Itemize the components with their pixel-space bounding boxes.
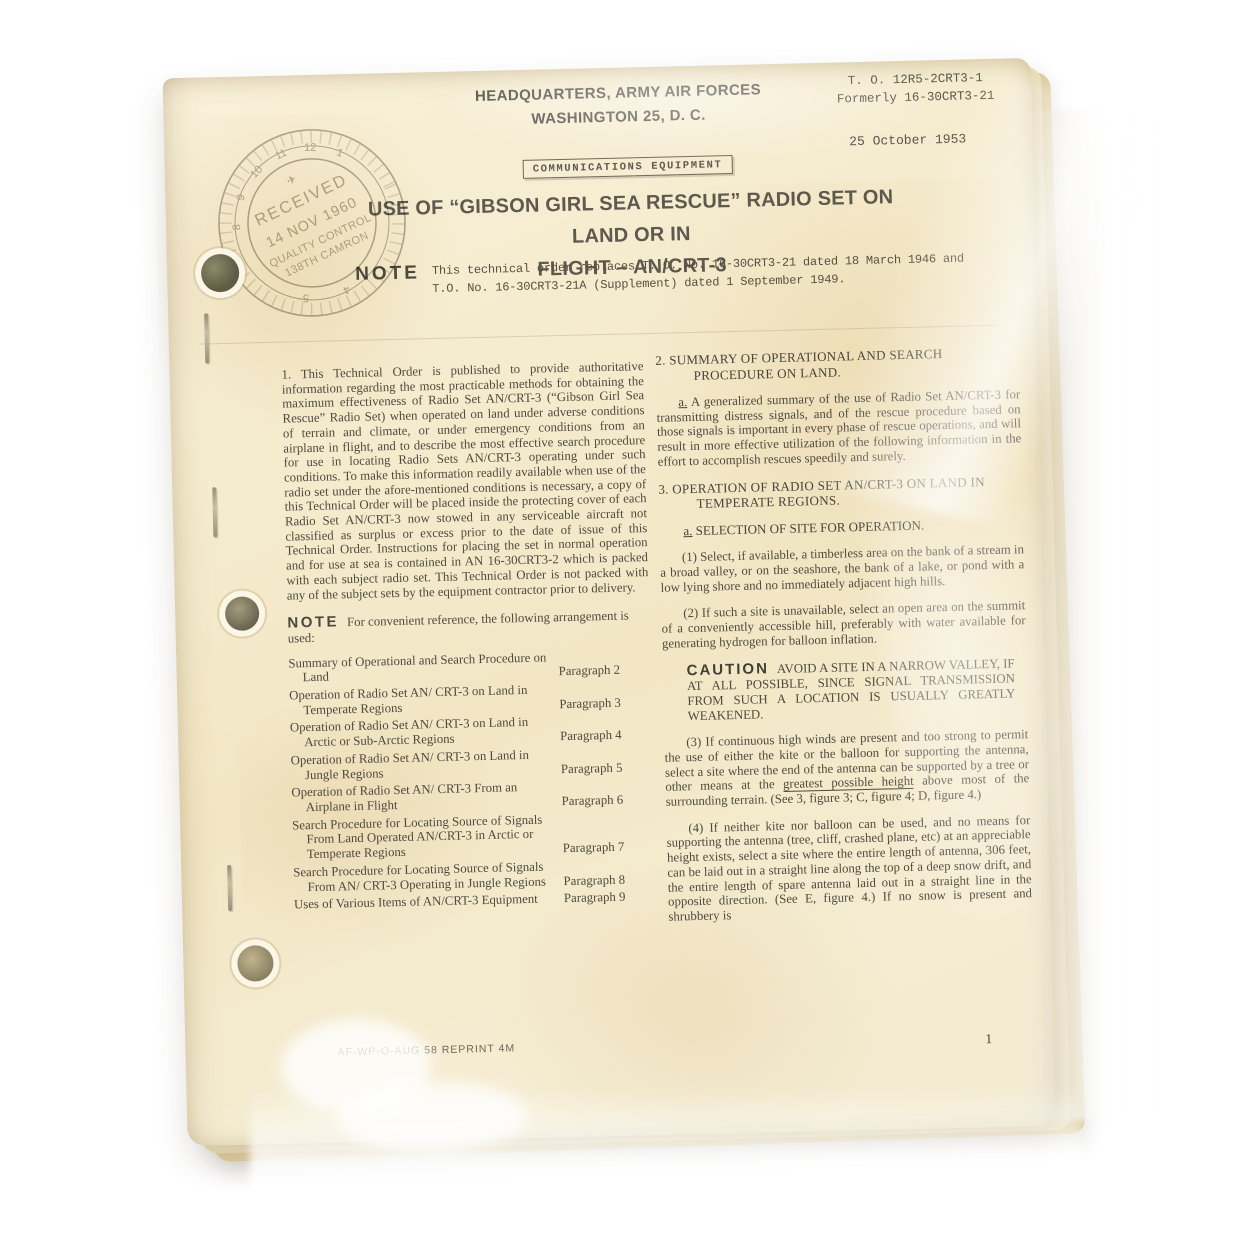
reference-paragraph: Paragraph 3 [559,695,651,712]
reference-paragraph: Paragraph 9 [564,889,656,906]
stamp-dial-number: 8 [231,224,243,231]
reference-row: Search Procedure for Locating Source of … [293,857,656,895]
paragraph-3a2: (2) If such a site is unavailable, selec… [661,599,1026,652]
paragraph-text: If neither kite nor balloon can be used,… [667,813,1033,924]
reference-row: Operation of Radio Set AN/ CRT-3 on Land… [290,712,653,750]
reference-row: Operation of Radio Set AN/ CRT-3 From an… [291,777,654,815]
reference-list: Summary of Operational and Search Proced… [288,648,656,913]
stamp-dial-number: 1 [335,146,345,159]
heading-text: SELECTION OF SITE FOR OPERATION. [695,517,924,537]
photo-of-document: HEADQUARTERS, ARMY AIR FORCES WASHINGTON… [0,0,1244,1244]
section-2a-paragraph: a. A generalized summary of the use of R… [656,387,1022,469]
paragraph-number: (2) [683,606,698,620]
reference-paragraph: Paragraph 2 [558,662,650,679]
paragraph-number: (3) [686,735,701,749]
reference-row: Operation of Radio Set AN/ CRT-3 on Land… [289,680,652,718]
note-label: NOTE [287,614,339,632]
paragraph-text: Select, if available, a timberless area … [660,542,1024,594]
punched-hole [201,254,240,293]
paper-crease [199,325,997,345]
reference-paragraph: Paragraph 5 [561,760,653,777]
punched-hole [225,596,260,631]
paragraph-3a3: (3) If continuous high winds are present… [664,727,1030,809]
left-column: 1. This Technical Order is published to … [281,359,656,915]
stamp-dial-number: 9 [235,193,248,203]
stamp-dial-number: 10 [248,164,265,181]
stamp-plane-icon: ✈ [285,173,298,188]
reference-item: Operation of Radio Set AN/ CRT-3 on Land… [290,747,557,783]
staple [204,313,209,363]
technical-order-number-block: T. O. 12R5-2CRT3-1 Formerly 16-30CRT3-21 [808,68,1024,109]
reference-item: Operation of Radio Set AN/ CRT-3 on Land… [289,682,556,718]
reference-paragraph: Paragraph 7 [563,839,655,856]
paragraph-1: 1. This Technical Order is published to … [281,359,648,603]
reference-row: Operation of Radio Set AN/ CRT-3 on Land… [290,745,653,783]
reference-item: Summary of Operational and Search Proced… [288,650,555,686]
headquarters-block: HEADQUARTERS, ARMY AIR FORCES WASHINGTON… [463,78,774,133]
section-3a-heading: a. SELECTION OF SITE FOR OPERATION. [659,516,1023,539]
paragraph-text: If such a site is unavailable, select an… [661,599,1025,651]
right-column: 2. SUMMARY OF OPERATIONAL AND SEARCH PRO… [655,344,1033,936]
communications-equipment-box: COMMUNICATIONS EQUIPMENT [523,155,733,179]
staple [227,865,232,911]
reference-row: Search Procedure for Locating Source of … [292,810,655,863]
reference-paragraph: Paragraph 8 [563,871,655,888]
staple [212,487,217,537]
formerly-number: Formerly 16-30CRT3-21 [808,86,1023,109]
reference-item: Uses of Various Items of AN/CRT-3 Equipm… [294,891,560,912]
section-3-heading: 3. OPERATION OF RADIO SET AN/CRT-3 ON LA… [658,473,997,512]
paragraph-number: (1) [682,550,697,564]
reference-item: Operation of Radio Set AN/ CRT-3 From an… [291,780,558,816]
caution-block: CAUTIONAVOID A SITE IN A NARROW VALLEY, … [686,657,1015,724]
received-stamp: 8 9 10 11 12 1 5 4 ✈ RECEIVED 14 NOV 196… [184,95,440,351]
section-2-heading: 2. SUMMARY OF OPERATIONAL AND SEARCH PRO… [655,345,994,384]
paragraph-3a1: (1) Select, if available, a timberless a… [660,542,1025,595]
stamp-dial-number: 12 [304,142,317,154]
reference-item: Search Procedure for Locating Source of … [292,812,559,862]
subparagraph-label: a. [683,523,692,538]
reference-item: Operation of Radio Set AN/ CRT-3 on Land… [290,715,557,751]
stamp-graphic: 8 9 10 11 12 1 5 4 ✈ RECEIVED 14 NOV 196… [184,95,440,351]
reference-paragraph: Paragraph 6 [562,792,654,809]
page-number: 1 [985,1031,992,1047]
paragraph-text: A generalized summary of the use of Radi… [657,387,1022,468]
stamp-dial-number: 4 [341,283,352,296]
punched-hole [237,945,274,982]
reference-note: NOTEFor convenient reference, the follow… [287,608,650,646]
reference-row: Summary of Operational and Search Proced… [288,648,651,686]
document-page: HEADQUARTERS, ARMY AIR FORCES WASHINGTON… [163,58,1056,1146]
paragraph-number: (4) [688,821,703,835]
paragraph-3a4: (4) If neither kite nor balloon can be u… [666,813,1032,924]
subparagraph-label: a. [678,395,687,409]
issue-date: 25 October 1953 [849,131,966,149]
stamp-dial-number: 5 [302,291,309,303]
reference-paragraph: Paragraph 4 [560,727,652,744]
reference-item: Search Procedure for Locating Source of … [293,859,560,895]
